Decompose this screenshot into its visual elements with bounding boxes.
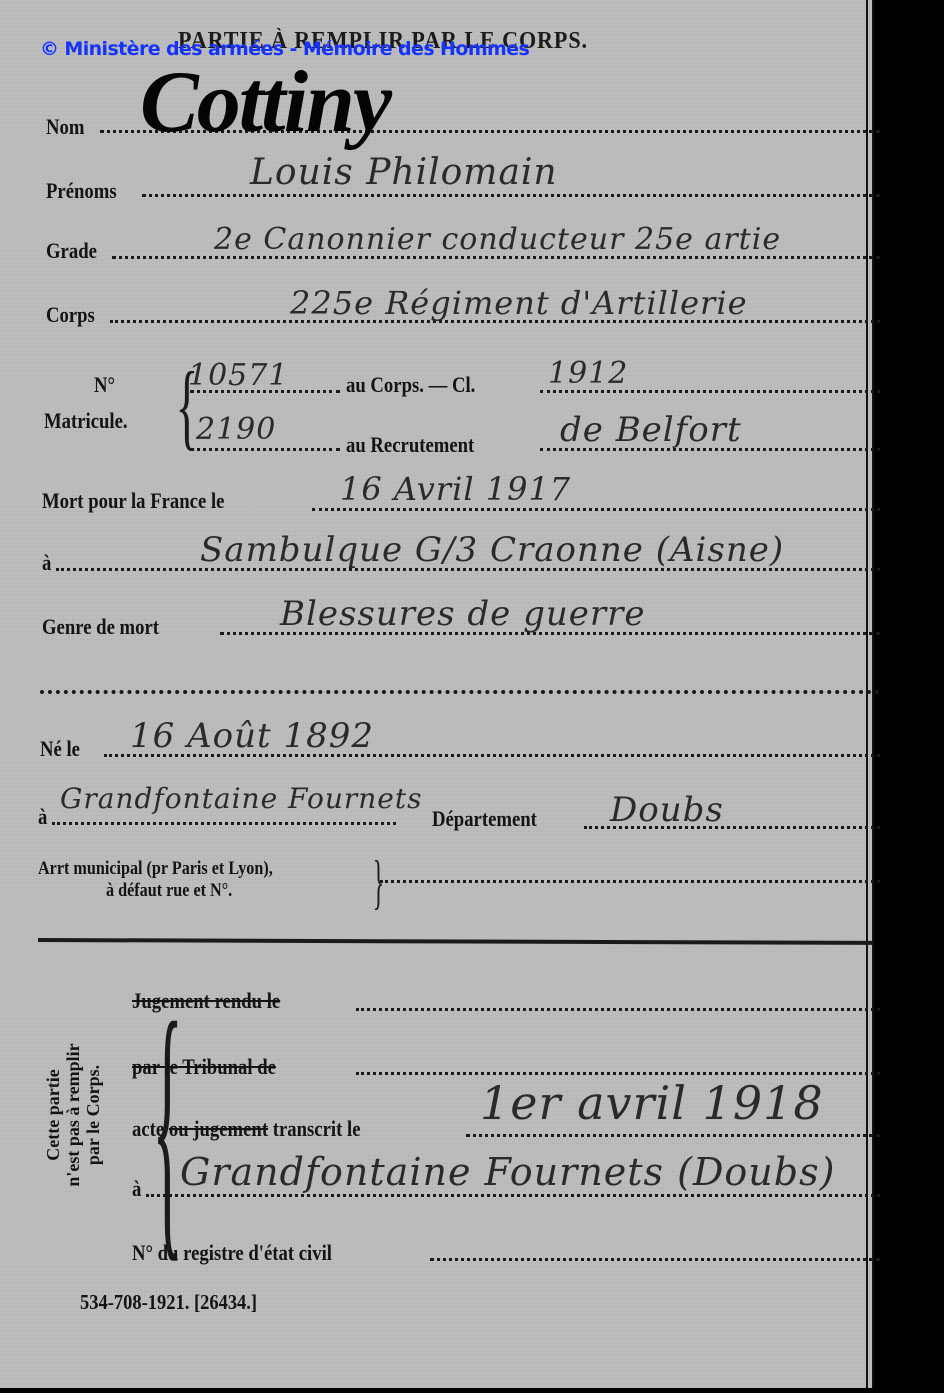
mort-label: Mort pour la France le (42, 488, 224, 514)
matricule-recrutement-value: 2190 (196, 412, 276, 447)
recrutement-label: au Recrutement (346, 432, 474, 458)
matricule-recrutement-dotted-line (190, 448, 340, 451)
jugement-label: Jugement rendu le (132, 988, 280, 1014)
death-record-card: PARTIE À REMPLIR PAR LE CORPS. Nom Cotti… (0, 0, 872, 1388)
corps-label: Corps (46, 302, 95, 328)
card-edge-line (872, 0, 874, 1388)
transcription-lieu-value: Grandfontaine Fournets (Doubs) (180, 1150, 835, 1194)
acte-value: 1er avril 1918 (480, 1076, 824, 1130)
registre-label: N° du registre d'état civil (132, 1240, 332, 1266)
tribunal-dotted-line (356, 1072, 880, 1075)
copyright-watermark: © Ministère des armées - Mémoire des Hom… (40, 38, 529, 60)
nom-label: Nom (46, 114, 84, 140)
arrondissement-dotted-line (380, 880, 880, 883)
acte-label-prefix: acte (132, 1116, 164, 1141)
jugement-dotted-line (356, 1008, 880, 1011)
transcription-lieu-dotted-line (146, 1194, 880, 1197)
ne-le-label: Né le (40, 736, 80, 762)
ne-lieu-label: à (38, 804, 47, 830)
ne-le-value: 16 Août 1892 (130, 716, 374, 756)
prenoms-value: Louis Philomain (250, 152, 558, 193)
side-note: Cette partie n'est pas à remplir par le … (28, 1000, 118, 1230)
acte-dotted-line (466, 1134, 880, 1137)
section-divider-rule (38, 938, 872, 945)
acte-label: acte ou jugement transcrit le (132, 1116, 360, 1142)
side-note-line1: Cette partie (43, 1043, 63, 1186)
grade-label: Grade (46, 238, 97, 264)
matricule-corps-dotted-line (190, 390, 340, 393)
ne-lieu-dotted-line (52, 822, 396, 825)
transcription-lieu-label: à (132, 1176, 141, 1202)
mort-dotted-line (312, 508, 880, 511)
mort-lieu-label: à (42, 550, 51, 576)
arrondissement-label-line1: Arrt municipal (pr Paris et Lyon), (38, 858, 273, 880)
print-reference-code: 534-708-1921. [26434.] (80, 1290, 257, 1315)
matricule-corps-label: au Corps. — Cl. (346, 372, 475, 398)
genre-mort-value: Blessures de guerre (280, 594, 646, 634)
matricule-label-bottom: Matricule. (44, 408, 128, 434)
acte-label-struck: ou jugement (169, 1116, 268, 1141)
acte-label-suffix: transcrit le (273, 1116, 361, 1141)
recrutement-place-value: de Belfort (560, 410, 742, 450)
side-note-line3: par le Corps. (83, 1043, 103, 1186)
prenoms-dotted-line (142, 194, 880, 197)
corps-value: 225e Régiment d'Artillerie (290, 284, 748, 322)
mort-value: 16 Avril 1917 (340, 470, 571, 508)
nom-value: Cottiny (140, 52, 390, 153)
tribunal-label: par le Tribunal de (132, 1054, 276, 1080)
card-edge-line (866, 0, 868, 1388)
prenoms-label: Prénoms (46, 178, 117, 204)
genre-mort-label: Genre de mort (42, 614, 159, 640)
arrondissement-label-line2: à défaut rue et N°. (106, 880, 232, 902)
mort-lieu-value: Sambulque G/3 Craonne (Aisne) (200, 530, 784, 570)
side-note-line2: n'est pas à remplir (63, 1043, 83, 1186)
ne-lieu-value: Grandfontaine Fournets (60, 782, 422, 815)
matricule-corps-value: 10571 (188, 358, 288, 393)
registre-dotted-line (430, 1258, 880, 1261)
classe-value: 1912 (548, 356, 628, 391)
departement-label: Département (432, 806, 537, 832)
departement-value: Doubs (610, 790, 724, 830)
separator-line (40, 690, 880, 694)
matricule-label-top: N° (94, 372, 115, 398)
grade-value: 2e Canonnier conducteur 25e artie (214, 222, 781, 257)
